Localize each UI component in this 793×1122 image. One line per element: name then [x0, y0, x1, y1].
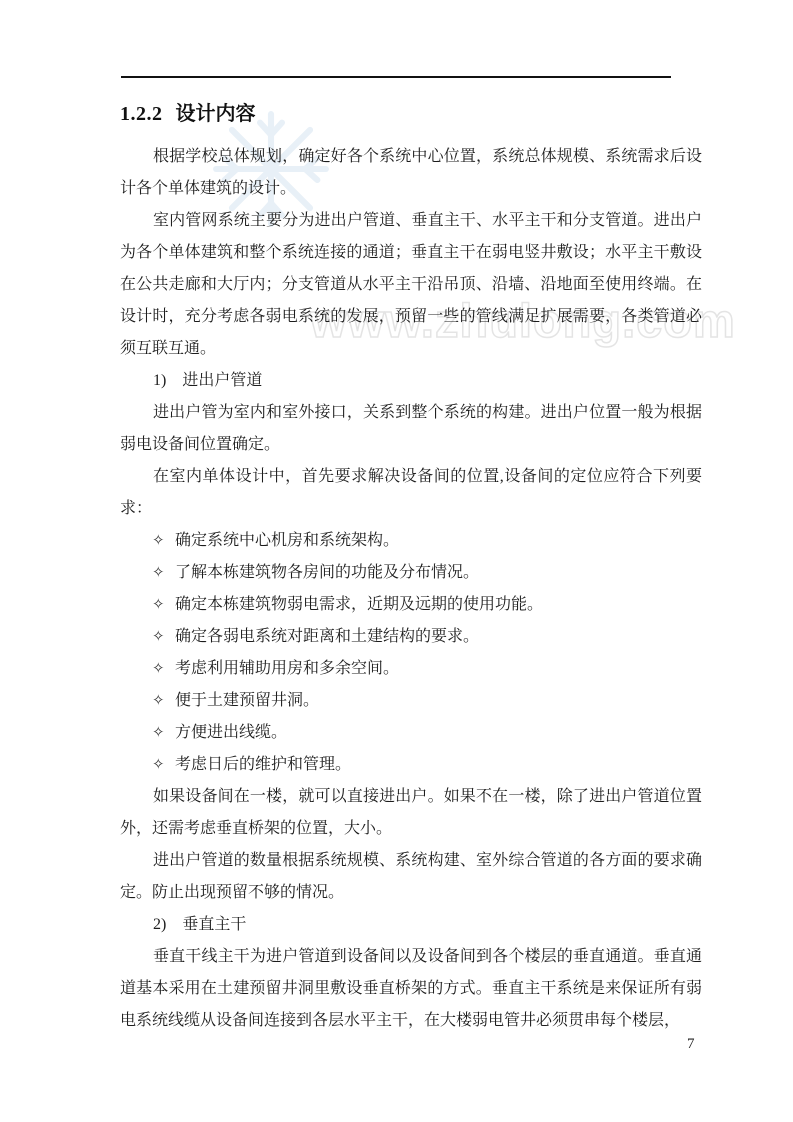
- list-item-text: 了解本栋建筑物各房间的功能及分布情况。: [175, 564, 479, 581]
- list-item: ✧确定各弱电系统对距离和土建结构的要求。: [120, 621, 702, 653]
- paragraph: 根据学校总体规划，确定好各个系统中心位置，系统总体规模、系统需求后设计各个单体建…: [120, 141, 702, 205]
- list-item: ✧考虑利用辅助用房和多余空间。: [120, 653, 702, 685]
- diamond-bullet-icon: ✧: [152, 685, 165, 717]
- list-item: ✧了解本栋建筑物各房间的功能及分布情况。: [120, 557, 702, 589]
- document-page: www.zhulong.com 1.2.2设计内容 根据学校总体规划，确定好各个…: [0, 0, 793, 1122]
- page-number: 7: [687, 1036, 695, 1053]
- section-heading: 1.2.2设计内容: [120, 101, 702, 127]
- numbered-subheading: 2) 垂直主干: [120, 909, 702, 941]
- list-item-text: 考虑利用辅助用房和多余空间。: [175, 660, 399, 677]
- paragraph: 进出户管道的数量根据系统规模、系统构建、室外综合管道的各方面的要求确定。防止出现…: [120, 845, 702, 909]
- diamond-bullet-icon: ✧: [152, 621, 165, 653]
- numbered-subheading: 1) 进出户管道: [120, 365, 702, 397]
- diamond-bullet-icon: ✧: [152, 749, 165, 781]
- list-item-text: 确定各弱电系统对距离和土建结构的要求。: [175, 628, 479, 645]
- header-rule: [121, 76, 671, 78]
- document-content: 1.2.2设计内容 根据学校总体规划，确定好各个系统中心位置，系统总体规模、系统…: [120, 101, 702, 1037]
- diamond-bullet-icon: ✧: [152, 653, 165, 685]
- list-item: ✧确定系统中心机房和系统架构。: [120, 525, 702, 557]
- paragraph: 进出户管为室内和室外接口，关系到整个系统的构建。进出户位置一般为根据弱电设备间位…: [120, 397, 702, 461]
- list-item: ✧确定本栋建筑物弱电需求，近期及远期的使用功能。: [120, 589, 702, 621]
- list-item-text: 确定本栋建筑物弱电需求，近期及远期的使用功能。: [175, 596, 543, 613]
- diamond-bullet-icon: ✧: [152, 557, 165, 589]
- diamond-bullet-icon: ✧: [152, 717, 165, 749]
- paragraph: 如果设备间在一楼，就可以直接进出户。如果不在一楼，除了进出户管道位置外，还需考虑…: [120, 781, 702, 845]
- list-item: ✧方便进出线缆。: [120, 717, 702, 749]
- diamond-bullet-icon: ✧: [152, 525, 165, 557]
- list-item-text: 方便进出线缆。: [175, 724, 287, 741]
- list-item-text: 考虑日后的维护和管理。: [175, 756, 351, 773]
- list-item-text: 确定系统中心机房和系统架构。: [175, 532, 399, 549]
- list-item: ✧便于土建预留井洞。: [120, 685, 702, 717]
- list-item: ✧考虑日后的维护和管理。: [120, 749, 702, 781]
- section-number: 1.2.2: [120, 103, 163, 125]
- paragraph: 垂直干线主干为进户管道到设备间以及设备间到各个楼层的垂直通道。垂直通道基本采用在…: [120, 941, 702, 1037]
- paragraph: 室内管网系统主要分为进出户管道、垂直主干、水平主干和分支管道。进出户为各个单体建…: [120, 205, 702, 365]
- diamond-bullet-icon: ✧: [152, 589, 165, 621]
- paragraph: 在室内单体设计中，首先要求解决设备间的位置,设备间的定位应符合下列要求：: [120, 461, 702, 525]
- section-title: 设计内容: [176, 103, 256, 125]
- list-item-text: 便于土建预留井洞。: [175, 692, 319, 709]
